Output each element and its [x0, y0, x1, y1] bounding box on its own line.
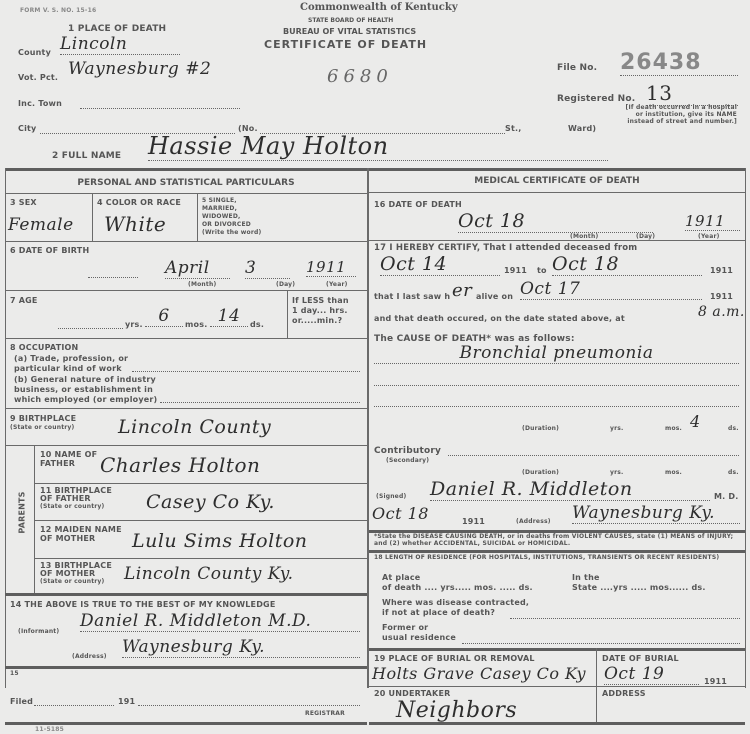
at-place-label: At placeof death .... yrs..... mos. ....…	[382, 573, 533, 593]
occurred-time: 8 a.m.	[698, 304, 745, 320]
yrs-label: yrs.	[125, 320, 143, 329]
month-caption: (Month)	[188, 281, 216, 288]
cause-value: Bronchial pneumonia	[374, 343, 739, 364]
mother-name-label: 12 MAIDEN NAMEOF MOTHER	[40, 525, 122, 543]
physician-address-label: (Address)	[516, 518, 551, 525]
registrar-label: REGISTRAR	[305, 710, 345, 717]
dob-year: 1911	[306, 258, 356, 277]
undertaker-address-label: ADDRESS	[602, 689, 646, 698]
informant-label: (Informant)	[18, 628, 59, 635]
personal-section-title: PERSONAL AND STATISTICAL PARTICULARS	[5, 178, 367, 188]
color-label: 4 COLOR OR RACE	[97, 198, 181, 207]
contracted-label: Where was disease contracted,if not at p…	[382, 598, 529, 618]
county-value: Lincoln	[60, 34, 180, 55]
attended-to-year: 1911	[710, 266, 733, 275]
mother-name: Lulu Sims Holton	[132, 530, 308, 552]
dod-label: 16 DATE OF DEATH	[374, 200, 462, 209]
filed-year: 191	[118, 697, 135, 706]
mos-label: mos.	[185, 320, 207, 329]
burial-date-label: DATE OF BURIAL	[602, 654, 679, 663]
registered-no: 13	[646, 81, 738, 106]
occurred-label: and that death occured, on the date stat…	[374, 314, 625, 323]
age-label: 7 AGE	[10, 296, 38, 305]
contrib-mos: mos.	[665, 469, 682, 476]
birthplace-label: 9 BIRTHPLACE(State or country)	[10, 414, 76, 432]
father-name-label: 10 NAME OFFATHER	[40, 450, 97, 468]
dod-month-caption: (Month)	[570, 233, 598, 240]
dod-day-caption: (Day)	[636, 233, 655, 240]
dob-day: 3	[245, 258, 290, 279]
alive-on-year: 1911	[710, 292, 733, 301]
place-of-death-title: 1 PLACE OF DEATH	[68, 24, 166, 34]
duration-ds: ds.	[728, 425, 739, 432]
residence-title: 18 LENGTH OF RESIDENCE (FOR HOSPITALS, I…	[374, 554, 740, 561]
dod-year: 1911	[685, 212, 740, 231]
father-birthplace: Casey Co Ky.	[146, 491, 275, 513]
contributory-duration-label: (Duration)	[522, 469, 559, 476]
father-birthplace-label: 11 BIRTHPLACEOF FATHER(State or country)	[40, 487, 112, 511]
informant-address: Waynesburg Ky.	[122, 637, 360, 658]
parents-side-label: PARENTS	[18, 483, 27, 543]
attended-from-year: 1911	[504, 266, 527, 275]
to-label: to	[537, 266, 547, 275]
inc-town-label: Inc. Town	[18, 99, 62, 108]
signed-date: Oct 18	[372, 504, 429, 523]
vot-pct-value: Waynesburg #2	[68, 59, 211, 79]
duration-yrs: yrs.	[610, 425, 624, 432]
ds-label: ds.	[250, 320, 264, 329]
occupation-a-label: (a) Trade, profession, orparticular kind…	[14, 354, 128, 374]
cause-footnote: *State the DISEASE CAUSING DEATH, or in …	[374, 533, 740, 547]
file-no-label: File No.	[557, 63, 597, 73]
burial-place-label: 19 PLACE OF BURIAL OR REMOVAL	[374, 654, 535, 663]
hospital-note: [If death occurred in a hospital or inst…	[625, 104, 737, 125]
undertaker-label: 20 UNDERTAKER	[374, 689, 450, 698]
physician-address: Waynesburg Ky.	[572, 503, 740, 524]
burial-place: Holts Grave Casey Co Ky	[372, 664, 586, 683]
stamp-number: 6680	[327, 66, 393, 87]
city-label: City	[18, 124, 36, 133]
last-saw-label: that I last saw h	[374, 292, 450, 301]
informant-name: Daniel R. Middleton M.D.	[80, 611, 360, 632]
informant-address-label: (Address)	[72, 653, 107, 660]
less-than-day-label: If LESS than1 day... hrs.or.....min.?	[292, 296, 349, 326]
mother-birthplace: Lincoln County Ky.	[124, 564, 294, 584]
birthplace-value: Lincoln County	[118, 416, 271, 438]
duration-days: 4	[690, 412, 701, 431]
burial-year: 1911	[704, 677, 727, 686]
form-number: FORM V. S. NO. 15-16	[20, 7, 96, 14]
sex-value: Female	[8, 215, 74, 235]
year-caption: (Year)	[326, 281, 348, 288]
occupation-b-label: (b) General nature of industrybusiness, …	[14, 375, 157, 405]
md-label: M. D.	[714, 492, 738, 501]
burial-date: Oct 19	[604, 664, 699, 685]
filed-label: Filed	[10, 697, 33, 706]
dob-label: 6 DATE OF BIRTH	[10, 246, 89, 255]
board-heading: STATE BOARD OF HEALTH	[308, 17, 393, 24]
informant-title: 14 THE ABOVE IS TRUE TO THE BEST OF MY K…	[10, 600, 275, 609]
dod-year-caption: (Year)	[698, 233, 720, 240]
full-name-label: 2 FULL NAME	[52, 151, 121, 161]
day-caption: (Day)	[276, 281, 295, 288]
mother-birthplace-label: 13 BIRTHPLACEOF MOTHER(State or country)	[40, 562, 112, 586]
county-label: County	[18, 48, 51, 57]
vot-pct-label: Vot. Pct.	[18, 73, 58, 82]
contrib-ds: ds.	[728, 469, 739, 476]
contrib-yrs: yrs.	[610, 469, 624, 476]
father-name: Charles Holton	[100, 453, 260, 477]
alive-on-label: alive on	[476, 292, 513, 301]
dod-month-day: Oct 18	[458, 210, 653, 233]
commonwealth-heading: Commonwealth of Kentucky	[300, 2, 458, 13]
alive-on-date: Oct 17	[520, 279, 702, 300]
duration-label: (Duration)	[522, 425, 559, 432]
item-15-label: 15	[10, 670, 19, 677]
page-title: CERTIFICATE OF DEATH	[264, 38, 427, 51]
physician-signature: Daniel R. Middleton	[430, 478, 710, 501]
file-no: 26438	[620, 50, 738, 76]
in-state-label: In theState ....yrs ..... mos...... ds.	[572, 573, 706, 593]
age-days: 14	[210, 306, 248, 327]
signed-label: (Signed)	[376, 493, 406, 500]
attended-to: Oct 18	[552, 253, 702, 276]
certify-label: 17 I HEREBY CERTIFY, That I attended dec…	[374, 243, 637, 253]
signed-year: 1911	[462, 517, 485, 526]
dob-month: April	[165, 258, 230, 279]
bureau-heading: BUREAU OF VITAL STATISTICS	[283, 27, 416, 36]
undertaker-value: Neighbors	[396, 698, 517, 723]
inc-town-field	[80, 100, 240, 109]
attended-from: Oct 14	[380, 253, 500, 276]
full-name-value: Hassie May Holton	[148, 132, 608, 161]
registered-no-label: Registered No.	[557, 94, 635, 104]
duration-mos: mos.	[665, 425, 682, 432]
form-code: 11-5185	[35, 726, 64, 733]
medical-section-title: MEDICAL CERTIFICATE OF DEATH	[369, 176, 745, 186]
secondary-label: (Secondary)	[386, 457, 429, 464]
color-value: White	[104, 212, 166, 236]
former-residence-label: Former orusual residence	[382, 623, 456, 643]
sex-label: 3 SEX	[10, 198, 37, 207]
age-months: 6	[145, 306, 183, 327]
contributory-label: Contributory	[374, 446, 441, 456]
occupation-label: 8 OCCUPATION	[10, 343, 78, 352]
last-saw-pronoun: er	[452, 280, 472, 301]
marital-label: 5 SINGLE,MARRIED,WIDOWED,OR DIVORCED(Wri…	[202, 197, 261, 237]
